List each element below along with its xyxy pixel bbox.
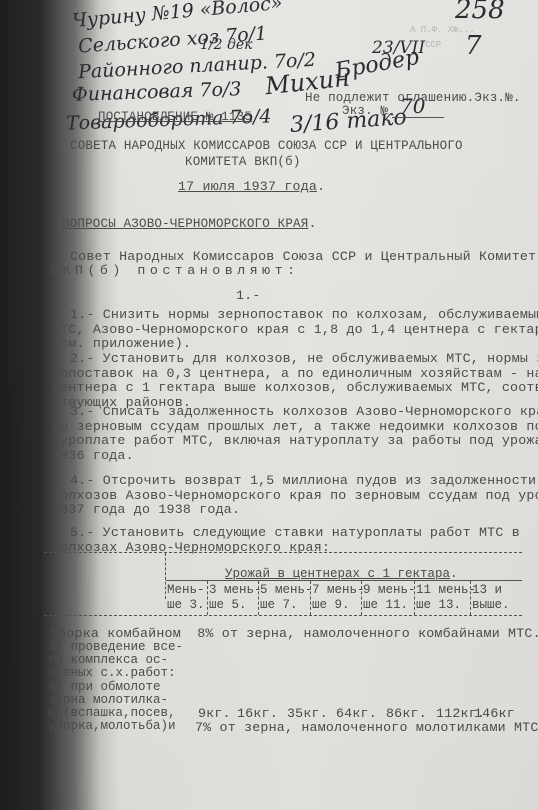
table-col-header-2-line-2: ше 5. xyxy=(209,597,247,613)
table-col-header-3-line-2: ше 7. xyxy=(260,597,298,613)
full-complex-label-line-3: новных с.х.работ: xyxy=(48,667,176,680)
table-col-header-6-line-1: 11 мень- xyxy=(416,582,476,598)
table-col-header-1-line-1: Мень- xyxy=(167,582,205,598)
table-col-divider xyxy=(414,581,415,615)
table-col-header-2-line-1: 3 мень- xyxy=(209,582,262,598)
preamble-line-1: Совет Народных Комиссаров Союза ССР и Це… xyxy=(70,250,536,264)
table-top-rule xyxy=(44,552,522,553)
issuer-line-2: КОМИТЕТА ВКП(б) xyxy=(185,155,301,169)
subject-period: . xyxy=(308,216,316,231)
issuer-line-1: СОВЕТА НАРОДНЫХ КОМИССАРОВ СОЮЗА ССР И Ц… xyxy=(70,139,463,153)
table-col-header-6-line-2: ше 13. xyxy=(416,597,461,613)
table-col-divider xyxy=(310,581,311,615)
table-col-divider xyxy=(361,581,362,615)
subject-text: ВОПРОСЫ АЗОВО-ЧЕРНОМОРСКОГО КРАЯ xyxy=(62,217,308,231)
table-col-header-4-line-1: 7 мень- xyxy=(312,582,365,598)
copy-number: 7 xyxy=(465,36,482,56)
scanned-document-page: А П.Ф. Х№... ССР Чурину №19 «Волос» Сель… xyxy=(0,0,538,810)
decree-date-period: . xyxy=(317,179,325,194)
table-col-header-5-line-1: 9 мень- xyxy=(363,582,416,598)
full-complex-value-5: 86кг. xyxy=(386,707,427,721)
decree-date: 17 июля 1937 года. xyxy=(178,177,325,195)
item-2-line-1: 2.- Установить для колхозов, не обслужив… xyxy=(70,352,538,366)
row-full-complex-tail: 7% от зерна, намолоченного молотилками М… xyxy=(195,721,538,735)
item-1-line-3: (см. приложение). xyxy=(52,337,191,351)
handwritten-resolution: Бродер xyxy=(334,48,421,82)
table-col-header-3-line-1: 5 мень- xyxy=(260,582,313,598)
table-header-bottom-rule xyxy=(44,615,522,616)
item-3-line-4: 1936 года. xyxy=(52,449,134,463)
full-complex-value-7: 146кг xyxy=(474,707,515,721)
full-complex-label-line-2: го комплекса ос- xyxy=(48,654,168,667)
item-1-line-2: МТС, Азово-Черноморского края с 1,8 до 1… xyxy=(52,323,538,337)
copy-label: Экз. № xyxy=(342,104,388,118)
handwritten-line-4: Финансовая 7о/3 xyxy=(72,79,242,105)
row-combine-harvest: Уборка комбайном 8% от зерна, намолоченн… xyxy=(50,627,538,641)
subject-heading: ВОПРОСЫ АЗОВО-ЧЕРНОМОРСКОГО КРАЯ. xyxy=(62,214,317,232)
full-complex-label-line-7: уборка,молотьба)и xyxy=(48,720,176,733)
decree-date-text: 17 июля 1937 года xyxy=(178,179,317,194)
table-col-header-7-line-1: 13 и xyxy=(472,582,502,598)
page-number: 258 xyxy=(455,0,505,20)
table-col-header-5-line-2: ше 11. xyxy=(363,597,408,613)
archive-stamp-line2: ССР xyxy=(425,40,441,50)
item-3-line-2: по зерновым ссудам прошлых лет, а также … xyxy=(52,420,538,434)
full-complex-value-1: 9кг. xyxy=(198,707,231,721)
full-complex-label-line-6: ми(вспашка,посев, xyxy=(48,707,176,720)
item-3-line-1: 3.- Списать задолженность колхозов Азово… xyxy=(70,405,538,419)
full-complex-label-line-5: зерна молотилка- xyxy=(48,694,168,707)
item-4-line-3: 1937 года до 1938 года. xyxy=(52,503,240,517)
table-left-divider xyxy=(165,553,166,599)
item-2-line-3: центнера с 1 гектара выше колхозов, обсл… xyxy=(52,381,538,395)
full-complex-value-3: 35кг. xyxy=(287,707,328,721)
item-4-line-1: 4.- Отсрочить возврат 1,5 миллиона пудов… xyxy=(70,474,536,488)
table-col-header-7-line-2: выше. xyxy=(472,597,510,613)
copy-underline xyxy=(392,117,444,118)
item-2-line-2: нопоставок на 0,3 центнера, а по единоли… xyxy=(52,367,538,381)
table-col-header-4-line-2: ше 9. xyxy=(312,597,350,613)
full-complex-label-line-1: За проведение все- xyxy=(48,641,183,654)
table-group-header-period: . xyxy=(450,567,458,581)
table-col-divider xyxy=(207,581,208,615)
table-subheader-rule xyxy=(166,580,522,581)
item-5-line-1: 5.- Установить следующие ставки натуропл… xyxy=(70,526,520,540)
full-complex-value-2: 16кг. xyxy=(237,707,278,721)
table-group-header-text: Урожай в центнерах с 1 гектара xyxy=(225,567,450,581)
decree-title: ПОСТАНОВЛЕНИЕ № 1135 xyxy=(98,110,252,124)
preamble-line-2: ВКП(б) постановляют: xyxy=(50,264,300,278)
table-col-divider xyxy=(258,581,259,615)
table-col-header-1-line-2: ше 3. xyxy=(167,597,205,613)
full-complex-value-4: 64кг. xyxy=(336,707,377,721)
item-4-line-2: колхозов Азово-Черноморского края по зер… xyxy=(52,489,538,503)
full-complex-label-line-4: а) при обмолоте xyxy=(48,681,161,694)
item-1-line-1: 1.- Снизить нормы зернопоставок по колхо… xyxy=(70,308,538,322)
table-col-divider xyxy=(470,581,471,615)
item-3-line-3: туроплате работ МТС, включая натуроплату… xyxy=(52,434,538,448)
section-number: 1.- xyxy=(236,289,261,303)
not-for-publication: Не подлежит оглашению.Экз.№. xyxy=(305,91,521,105)
